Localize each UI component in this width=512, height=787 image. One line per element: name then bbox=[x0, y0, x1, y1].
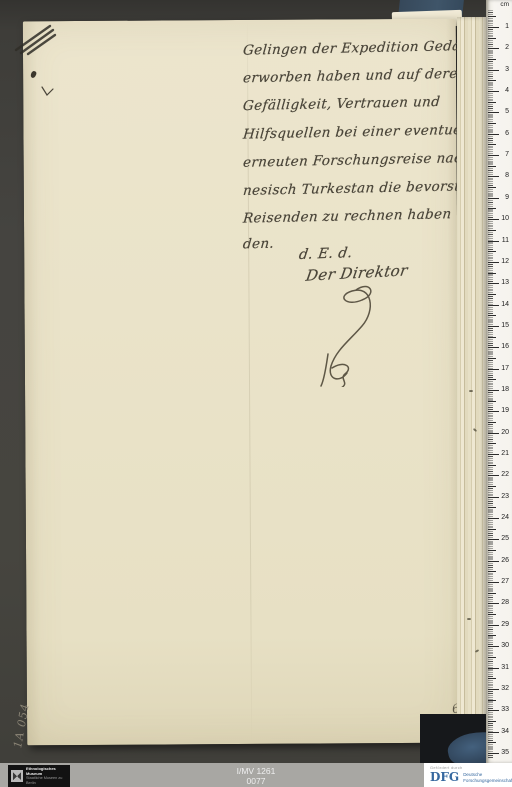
ruler-half-tick bbox=[488, 358, 496, 359]
ruler-cm-tick bbox=[488, 582, 499, 583]
ruler-unit-label: cm bbox=[500, 1, 509, 8]
ruler-cm-tick bbox=[488, 710, 499, 711]
ruler-half-tick bbox=[488, 422, 496, 423]
ruler-half-tick bbox=[488, 721, 496, 722]
dfg-funder-box: Gefördert durch DFG Deutsche Forschungsg… bbox=[424, 763, 512, 787]
ruler-cm-tick bbox=[488, 134, 499, 135]
ruler-cm-tick bbox=[488, 561, 499, 562]
ruler-cm-tick bbox=[488, 369, 499, 370]
ruler-cm-tick bbox=[488, 497, 499, 498]
ruler-cm-tick bbox=[488, 625, 499, 626]
ruler-cm-tick bbox=[488, 219, 499, 220]
ruler-cm-tick bbox=[488, 518, 499, 519]
ruler-half-tick bbox=[488, 507, 496, 508]
ruler-half-tick bbox=[488, 443, 496, 444]
ruler-half-tick bbox=[488, 486, 496, 487]
ruler-cm-tick bbox=[488, 198, 499, 199]
ruler-half-tick bbox=[488, 742, 496, 743]
ruler-cm-tick bbox=[488, 27, 499, 28]
ruler-half-tick bbox=[488, 465, 496, 466]
ruler-half-tick bbox=[488, 337, 496, 338]
ruler-cm-tick bbox=[488, 454, 499, 455]
signature-flourish bbox=[296, 282, 416, 387]
handwriting-line: den. bbox=[242, 236, 275, 253]
ruler-half-tick bbox=[488, 59, 496, 60]
ruler-half-tick bbox=[488, 16, 496, 17]
ruler-half-tick bbox=[488, 80, 496, 81]
ruler-cm-tick bbox=[488, 732, 499, 733]
ruler-half-tick bbox=[488, 657, 496, 658]
handwriting-closing: d. E. d. bbox=[298, 245, 354, 263]
ruler-half-tick bbox=[488, 593, 496, 594]
page-stack-edge bbox=[457, 17, 486, 747]
ruler-half-tick bbox=[488, 550, 496, 551]
ruler-cm-tick bbox=[488, 283, 499, 284]
ruler-cm-tick bbox=[488, 433, 499, 434]
ruler-cm-tick bbox=[488, 91, 499, 92]
ruler-cm-tick bbox=[488, 539, 499, 540]
ruler-cm-tick bbox=[488, 668, 499, 669]
ruler-half-tick bbox=[488, 635, 496, 636]
ruler-half-tick bbox=[488, 700, 496, 701]
ruler-cm-tick bbox=[488, 48, 499, 49]
ruler-cm-tick bbox=[488, 262, 499, 263]
ruler-half-tick bbox=[488, 379, 496, 380]
ruler-half-tick bbox=[488, 166, 496, 167]
ruler-cm-tick bbox=[488, 70, 499, 71]
dfg-logo: DFG bbox=[430, 771, 459, 783]
ruler-cm-tick bbox=[488, 603, 499, 604]
ruler-half-tick bbox=[488, 273, 496, 274]
ruler-half-tick bbox=[488, 187, 496, 188]
ruler-half-tick bbox=[488, 208, 496, 209]
scan-viewport: Gelingen der Expedition Gedankenerworben… bbox=[0, 0, 512, 787]
ruler-cm-tick bbox=[488, 155, 499, 156]
ruler-half-tick bbox=[488, 294, 496, 295]
ruler-cm-tick bbox=[488, 305, 499, 306]
ruler-cm-tick bbox=[488, 347, 499, 348]
ruler-cm-tick bbox=[488, 475, 499, 476]
ruler-cm-tick bbox=[488, 411, 499, 412]
ruler-half-tick bbox=[488, 571, 496, 572]
scan-footer-bar: Ethnologisches Museum Staatliche Museen … bbox=[0, 763, 512, 787]
ruler-half-tick bbox=[488, 123, 496, 124]
ruler-cm-tick bbox=[488, 241, 499, 242]
corner-hatch-mark bbox=[12, 20, 60, 58]
ruler-half-tick bbox=[488, 251, 496, 252]
ruler-cm-tick bbox=[488, 689, 499, 690]
ruler-cm-tick bbox=[488, 390, 499, 391]
ruler-half-tick bbox=[488, 401, 496, 402]
ruler-half-tick bbox=[488, 230, 496, 231]
ruler-cm-tick bbox=[488, 646, 499, 647]
ruler-cm-tick bbox=[488, 112, 499, 113]
measuring-ruler: cm 1234567891011121314151617181920212223… bbox=[486, 0, 512, 763]
ruler-half-tick bbox=[488, 315, 496, 316]
ruler-cm-tick bbox=[488, 326, 499, 327]
ruler-half-tick bbox=[488, 144, 496, 145]
ruler-half-tick bbox=[488, 38, 496, 39]
dfg-name: Deutsche Forschungsgemeinschaft bbox=[463, 771, 512, 784]
ruler-half-tick bbox=[488, 678, 496, 679]
ruler-half-tick bbox=[488, 614, 496, 615]
ruler-half-tick bbox=[488, 102, 496, 103]
ruler-half-tick bbox=[488, 529, 496, 530]
ruler-cm-tick bbox=[488, 176, 499, 177]
ruler-cm-tick bbox=[488, 753, 499, 754]
check-ink-mark bbox=[40, 84, 56, 98]
